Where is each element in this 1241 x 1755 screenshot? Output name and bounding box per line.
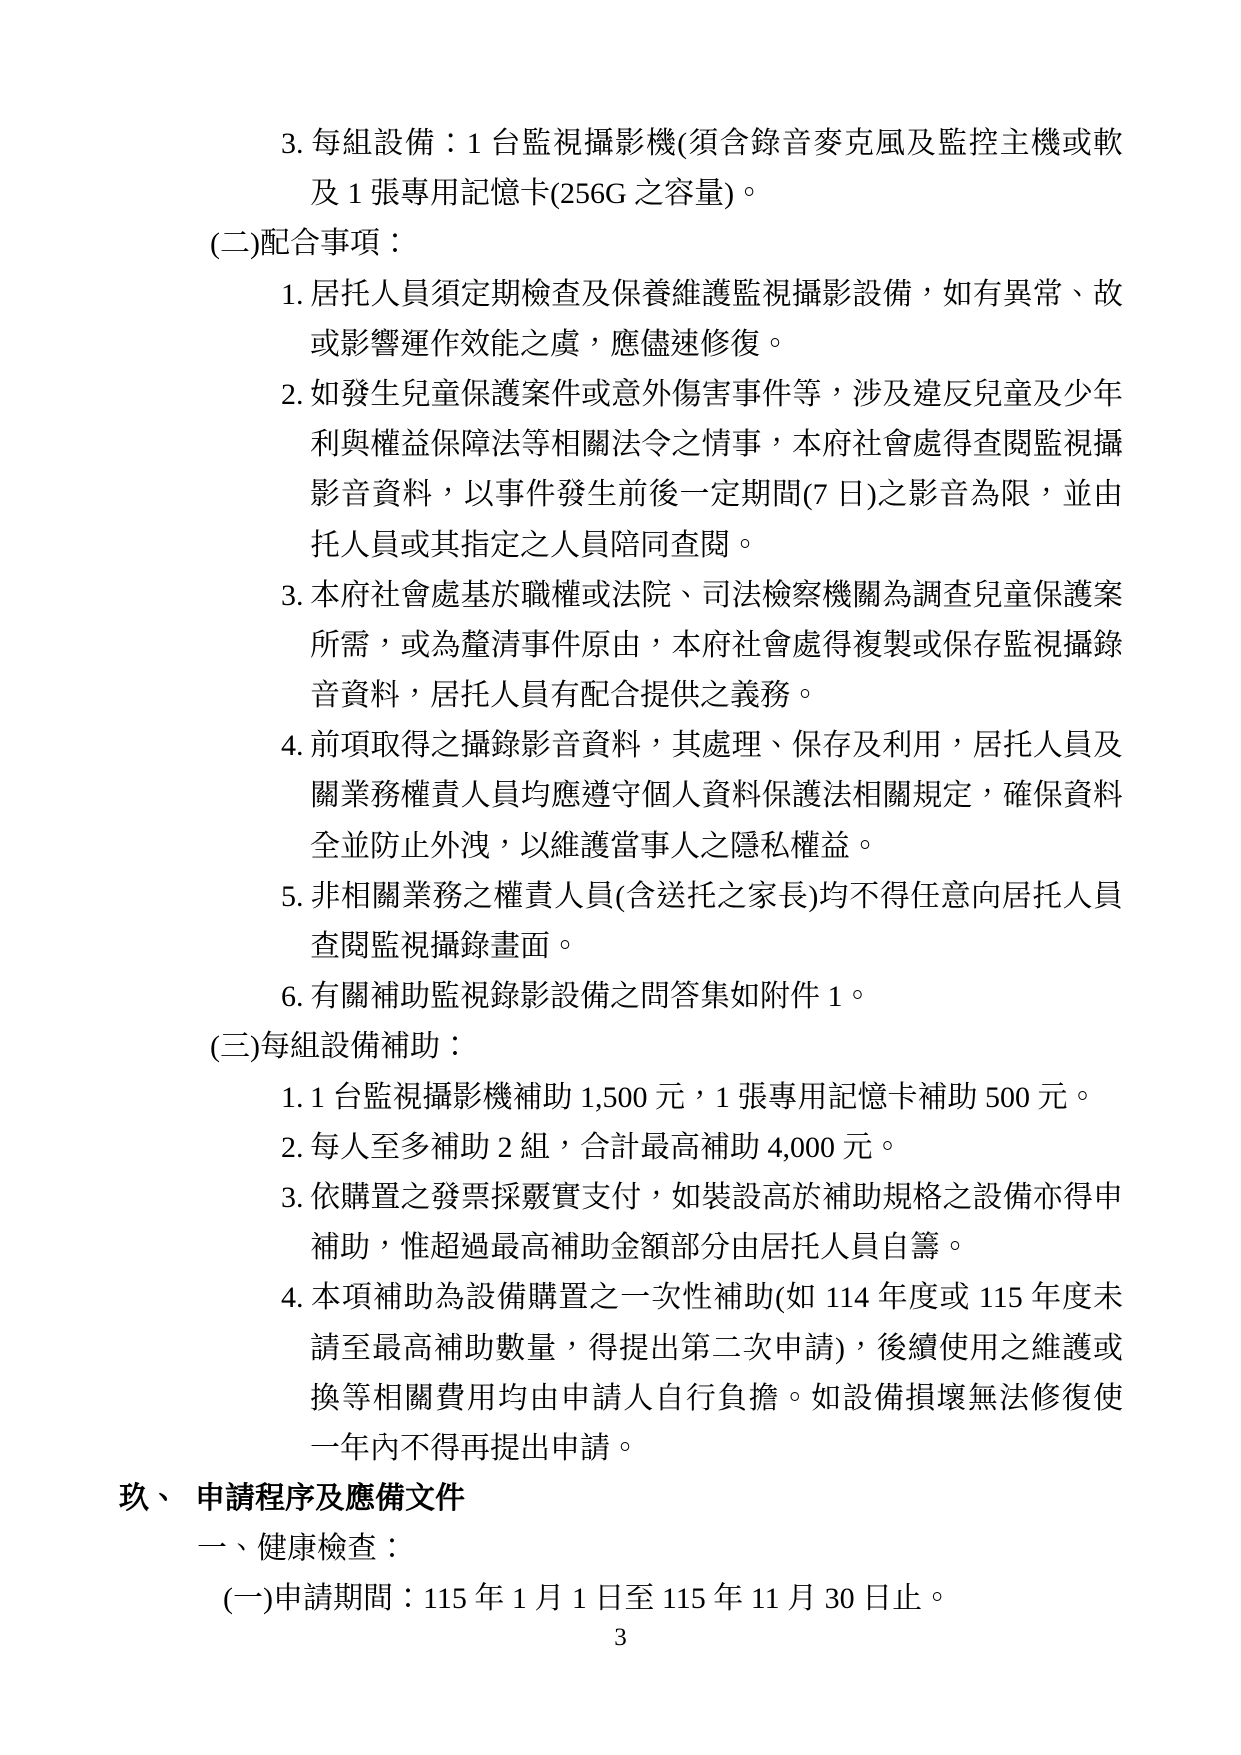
list-item-continuation: 音資料，居托人員有配合提供之義務。 [310,671,1241,721]
list-item-number: 3. [281,119,310,169]
list-item-text: 依購置之發票採覈實支付，如裝設高於補助規格之設備亦得申請 [281,1181,1123,1223]
list-item-text: 本項補助為設備購置之一次性補助(如 114 年度或 115 年度未申 [281,1281,1123,1323]
list-item-continuation: 一年內不得再提出申請。 [310,1424,1241,1474]
list-item-continuation: 及 1 張專用記憶卡(256G 之容量)。 [310,169,1241,219]
list-item-text: 如發生兒童保護案件或意外傷害事件等，涉及違反兒童及少年福 [281,378,1123,420]
section-number: 玖、 [119,1474,195,1524]
subitem-line: (一)申請期間：115 年 1 月 1 日至 115 年 11 月 30 日止。 [223,1574,1241,1624]
list-item-number: 2. [281,370,310,420]
subitem-heading: 一、健康檢查： [197,1524,1241,1574]
list-item-continuation: 關業務權責人員均應遵守個人資料保護法相關規定，確保資料安 [310,771,1123,821]
list-item-line: 3.依購置之發票採覈實支付，如裝設高於補助規格之設備亦得申請 [281,1173,1123,1223]
list-item-line: 4.前項取得之攝錄影音資料，其處理、保存及利用，居托人員及相 [281,721,1123,771]
list-item-number: 2. [281,1123,310,1173]
list-item-continuation: 托人員或其指定之人員陪同查閱。 [310,521,1241,571]
list-item-continuation: 補助，惟超過最高補助金額部分由居托人員自籌。 [310,1223,1241,1273]
subsection-heading: (三)每組設備補助： [210,1022,1241,1072]
list-item-line: 3.每組設備：1 台監視攝影機(須含錄音麥克風及監控主機或軟體) [281,119,1123,169]
list-item-number: 3. [281,571,310,621]
subsection-heading: (二)配合事項： [210,219,1241,269]
list-item-line: 4.本項補助為設備購置之一次性補助(如 114 年度或 115 年度未申 [281,1273,1123,1323]
list-item-line: 5.非相關業務之權責人員(含送托之家長)均不得任意向居托人員 [281,872,1123,922]
list-item-continuation: 查閱監視攝錄畫面。 [310,922,1241,972]
list-item-continuation: 所需，或為釐清事件原由，本府社會處得複製或保存監視攝錄影 [310,621,1123,671]
list-item-line: 1.1 台監視攝影機補助 1,500 元，1 張專用記憶卡補助 500 元。 [281,1073,1241,1123]
list-item-text: 本府社會處基於職權或法院、司法檢察機關為調查兒童保護案件 [281,579,1123,621]
list-item-line: 1.居托人員須定期檢查及保養維護監視攝影設備，如有異常、故障 [281,270,1123,320]
section-heading-text: 申請程序及應備文件 [195,1482,465,1515]
list-item-continuation: 利與權益保障法等相關法令之情事，本府社會處得查閱監視攝錄 [310,420,1123,470]
list-item-number: 4. [281,1273,310,1323]
list-item-continuation: 全並防止外洩，以維護當事人之隱私權益。 [310,822,1241,872]
list-item-number: 6. [281,972,310,1022]
list-item-number: 4. [281,721,310,771]
page-number: 3 [0,1622,1241,1654]
list-item-continuation: 請至最高補助數量，得提出第二次申請)，後續使用之維護或汰 [310,1324,1123,1374]
list-item-line: 2.每人至多補助 2 組，合計最高補助 4,000 元。 [281,1123,1241,1173]
list-item-text: 有關補助監視錄影設備之問答集如附件 1。 [310,980,873,1013]
list-item-text: 每組設備：1 台監視攝影機(須含錄音麥克風及監控主機或軟體) [281,127,1123,169]
list-item-number: 5. [281,872,310,922]
list-item-continuation: 或影響運作效能之虞，應儘速修復。 [310,320,1241,370]
list-item-number: 1. [281,1073,310,1123]
document-body: 3.每組設備：1 台監視攝影機(須含錄音麥克風及監控主機或軟體) 及 1 張專用… [0,119,1241,1625]
list-item-line: 3.本府社會處基於職權或法院、司法檢察機關為調查兒童保護案件 [281,571,1123,621]
list-item-text: 每人至多補助 2 組，合計最高補助 4,000 元。 [310,1131,903,1164]
section-heading: 玖、申請程序及應備文件 [119,1474,1241,1524]
list-item-text: 非相關業務之權責人員(含送托之家長)均不得任意向居托人員 [310,880,1123,913]
list-item-line: 6.有關補助監視錄影設備之問答集如附件 1。 [281,972,1241,1022]
list-item-number: 1. [281,270,310,320]
list-item-text: 1 台監視攝影機補助 1,500 元，1 張專用記憶卡補助 500 元。 [310,1081,1098,1114]
list-item-text: 前項取得之攝錄影音資料，其處理、保存及利用，居托人員及相 [281,729,1123,771]
list-item-line: 2.如發生兒童保護案件或意外傷害事件等，涉及違反兒童及少年福 [281,370,1123,420]
list-item-continuation: 換等相關費用均由申請人自行負擔。如設備損壞無法修復使用， [310,1374,1123,1424]
list-item-text: 居托人員須定期檢查及保養維護監視攝影設備，如有異常、故障 [281,278,1123,320]
list-item-continuation: 影音資料，以事件發生前後一定期間(7 日)之影音為限，並由居 [310,470,1123,520]
list-item-number: 3. [281,1173,310,1223]
document-page: 3.每組設備：1 台監視攝影機(須含錄音麥克風及監控主機或軟體) 及 1 張專用… [0,0,1241,1755]
